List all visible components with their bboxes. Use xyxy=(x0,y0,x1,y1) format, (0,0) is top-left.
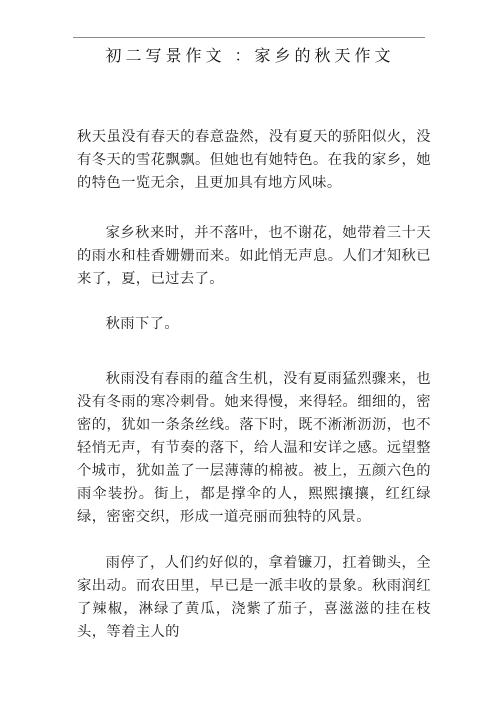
paragraph-5: 雨停了，人们约好似的，拿着镰刀，扛着锄头，全家出动。而农田里，早已是一派丰收的景… xyxy=(77,552,431,644)
document-page: 初二写景作文 ：家乡的秋天作文 秋天虽没有春天的春意盎然，没有夏天的骄阳似火，没… xyxy=(0,0,500,707)
header-divider xyxy=(73,37,425,38)
paragraph-1: 秋天虽没有春天的春意盎然，没有夏天的骄阳似火，没有冬天的雪花飘飘。但她也有她特色… xyxy=(77,126,431,195)
paragraph-3: 秋雨下了。 xyxy=(77,313,179,336)
document-title: 初二写景作文 ：家乡的秋天作文 xyxy=(0,45,500,67)
paragraph-2: 家乡秋来时，并不落叶，也不谢花，她带着三十天的雨水和桂香姗姗而来。如此悄无声息。… xyxy=(77,222,431,291)
paragraph-4: 秋雨没有春雨的蕴含生机，没有夏雨猛烈骤来，也没有冬雨的寒冷刺骨。她来得慢，来得轻… xyxy=(77,368,431,529)
